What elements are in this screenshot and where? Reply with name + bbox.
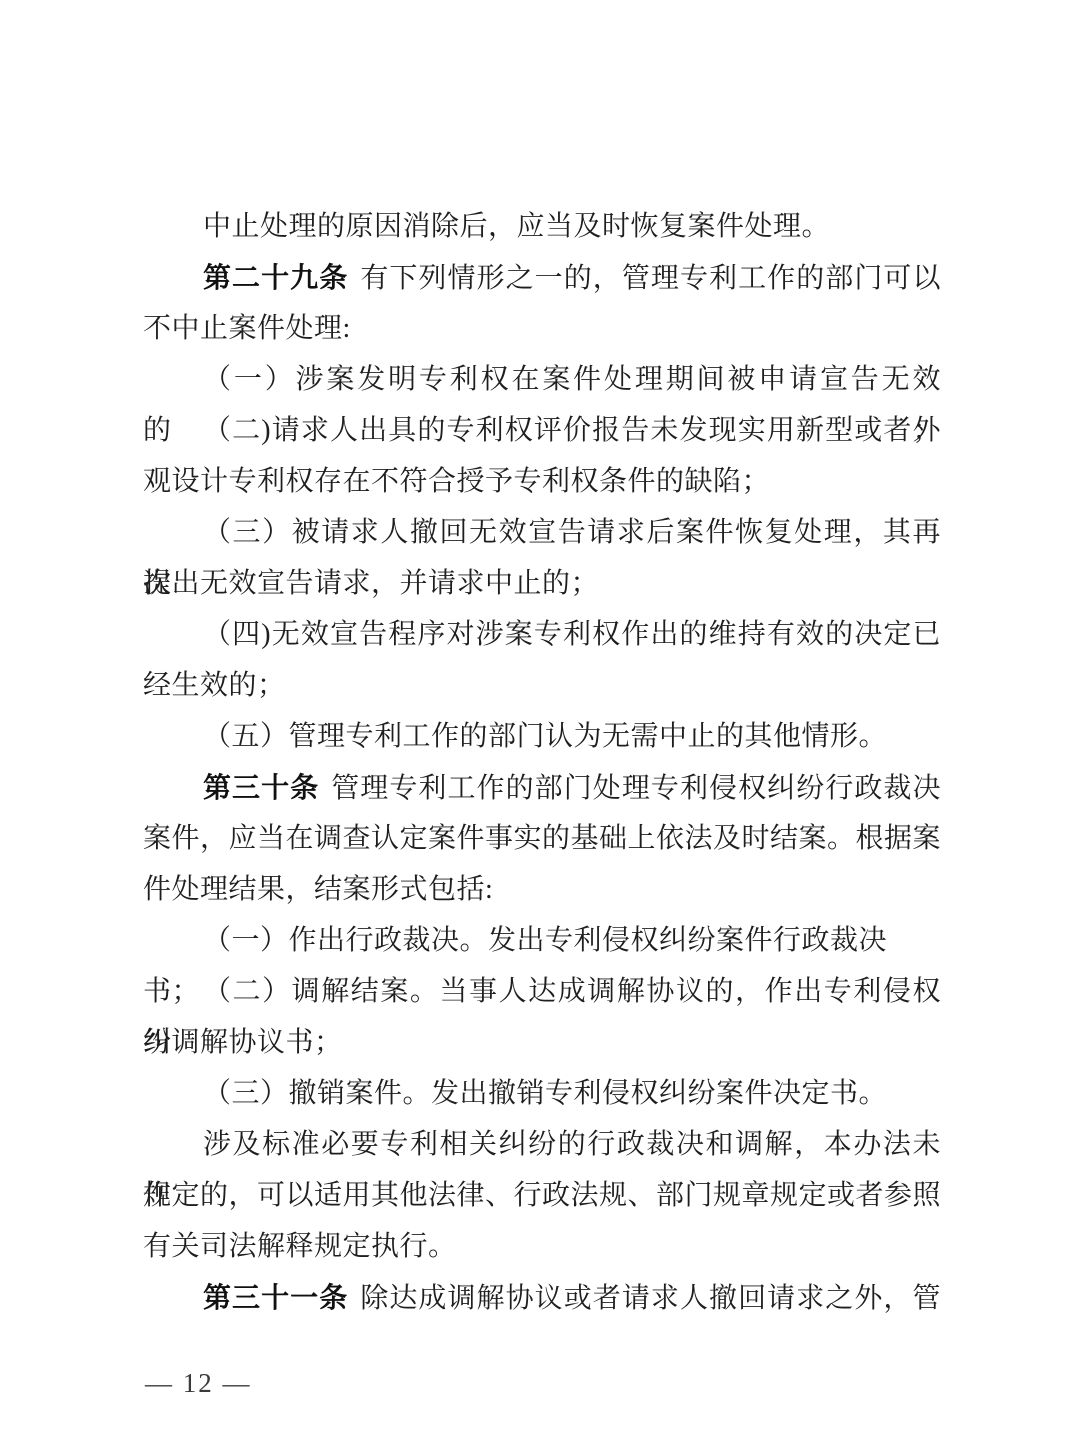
- line-text: 观设计专利权存在不符合授予专利权条件的缺陷；: [143, 466, 770, 497]
- line-text: 纷调解协议书；: [143, 1027, 343, 1058]
- document-line: （三）撤销案件。发出撤销专利侵权纠纷案件决定书。: [143, 1068, 941, 1119]
- document-line: 纷调解协议书；: [143, 1017, 941, 1068]
- document-line: 经生效的；: [143, 660, 941, 711]
- document-line: （五）管理专利工作的部门认为无需中止的其他情形。: [143, 711, 941, 762]
- line-text: 件处理结果，结案形式包括:: [143, 874, 493, 905]
- line-text: （二)请求人出具的专利权评价报告未发现实用新型或者外: [203, 415, 941, 446]
- document-line: （一）涉案发明专利权在案件处理期间被申请宣告无效的；: [143, 354, 941, 405]
- document-page: 中止处理的原因消除后，应当及时恢复案件处理。第二十九条有下列情形之一的，管理专利…: [0, 0, 1080, 1439]
- document-line: 第三十条管理专利工作的部门处理专利侵权纠纷行政裁决: [143, 762, 941, 813]
- document-line: 不中止案件处理:: [143, 303, 941, 354]
- document-line: 提出无效宣告请求，并请求中止的；: [143, 558, 941, 609]
- line-text: 管理专利工作的部门处理专利侵权纠纷行政裁决: [331, 773, 941, 804]
- document-line: 观设计专利权存在不符合授予专利权条件的缺陷；: [143, 456, 941, 507]
- document-line: （一）作出行政裁决。发出专利侵权纠纷案件行政裁决书；: [143, 915, 941, 966]
- line-text: （五）管理专利工作的部门认为无需中止的其他情形。: [203, 721, 887, 752]
- line-text: （四)无效宣告程序对涉案专利权作出的维持有效的决定已: [203, 619, 941, 650]
- document-line: 规定的，可以适用其他法律、行政法规、部门规章规定或者参照: [143, 1170, 941, 1221]
- line-text: 经生效的；: [143, 670, 286, 701]
- article-number: 第二十九条: [203, 262, 348, 293]
- document-line: 有关司法解释规定执行。: [143, 1221, 941, 1272]
- document-line: 第三十一条除达成调解协议或者请求人撤回请求之外，管: [143, 1272, 941, 1323]
- document-line: 案件，应当在调查认定案件事实的基础上依法及时结案。根据案: [143, 813, 941, 864]
- document-line: （二)请求人出具的专利权评价报告未发现实用新型或者外: [143, 405, 941, 456]
- document-line: 涉及标准必要专利相关纠纷的行政裁决和调解，本办法未作: [143, 1119, 941, 1170]
- document-line: 中止处理的原因消除后，应当及时恢复案件处理。: [143, 201, 941, 252]
- article-number: 第三十一条: [203, 1282, 348, 1313]
- line-text: 不中止案件处理:: [143, 313, 351, 344]
- document-line: （四)无效宣告程序对涉案专利权作出的维持有效的决定已: [143, 609, 941, 660]
- document-line: （二）调解结案。当事人达成调解协议的，作出专利侵权纠: [143, 966, 941, 1017]
- line-text: 中止处理的原因消除后，应当及时恢复案件处理。: [203, 211, 830, 242]
- article-number: 第三十条: [203, 772, 319, 803]
- document-line: 件处理结果，结案形式包括:: [143, 864, 941, 915]
- page-number: — 12 —: [145, 1366, 252, 1400]
- line-text: 案件，应当在调查认定案件事实的基础上依法及时结案。根据案: [143, 823, 941, 854]
- line-text: 规定的，可以适用其他法律、行政法规、部门规章规定或者参照: [143, 1180, 941, 1211]
- document-line: （三）被请求人撤回无效宣告请求后案件恢复处理，其再次: [143, 507, 941, 558]
- line-text: 有关司法解释规定执行。: [143, 1231, 457, 1262]
- line-text: 除达成调解协议或者请求人撤回请求之外，管: [360, 1283, 941, 1314]
- line-text: 有下列情形之一的，管理专利工作的部门可以: [360, 263, 941, 294]
- document-line: 第二十九条有下列情形之一的，管理专利工作的部门可以: [143, 252, 941, 303]
- document-body: 中止处理的原因消除后，应当及时恢复案件处理。第二十九条有下列情形之一的，管理专利…: [143, 201, 941, 1323]
- line-text: 提出无效宣告请求，并请求中止的；: [143, 568, 599, 599]
- line-text: （三）撤销案件。发出撤销专利侵权纠纷案件决定书。: [203, 1078, 887, 1109]
